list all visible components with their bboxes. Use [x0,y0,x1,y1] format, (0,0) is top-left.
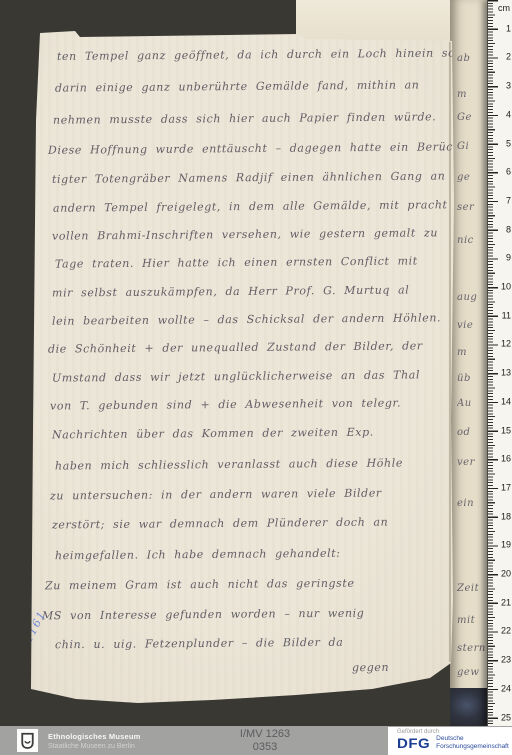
cutoff-text-fragment: Gi [457,141,487,152]
cutoff-text-fragment: mit [457,615,487,626]
cutoff-text-fragment: ge [457,172,487,183]
ruler-number: 9 [496,253,511,263]
ruler-number: 17 [496,483,511,493]
handwritten-line: Tage traten. Hier hatte ich einen ernste… [55,254,418,270]
ruler-unit-label: cm [498,3,510,13]
handwritten-line: zu untersuchen: in der andern waren viel… [50,487,382,503]
ruler-number: 10 [496,282,511,292]
handwritten-line: tigter Totengräber Namens Radjif einen ä… [52,169,491,186]
handwritten-line: andern Tempel freigelegt, in dem alle Ge… [53,198,448,214]
manuscript-page: ten Tempel ganz geöffnet, da ich durch e… [0,0,512,755]
museum-brand: Ethnologisches Museum Staatliche Museen … [17,729,141,752]
ruler-number: 11 [496,311,511,321]
ruler-number: 14 [496,397,511,407]
dfg-org-line1: Deutsche [436,735,509,743]
document-identifiers: I/MV 1263 0353 [200,726,330,755]
ruler-number: 15 [496,426,511,436]
cutoff-text-fragment: Ge [457,112,487,123]
museum-name: Ethnologisches Museum [48,732,141,741]
footer-bar: Ethnologisches Museum Staatliche Museen … [0,726,512,755]
scanned-manuscript-viewer: abmGeGigesernicaugviemübAuodvereinZeitmi… [0,0,512,755]
archival-pencil-note: TA 1161 [3,593,56,681]
dark-cover-corner [450,688,492,726]
handwritten-line: Zu meinem Gram ist auch nicht das gering… [45,577,355,593]
museum-org: Staatliche Museen zu Berlin [48,743,141,750]
cutoff-text-fragment: üb [457,373,487,384]
ruler-number: 24 [496,684,511,694]
cutoff-text-fragment: nic [457,235,487,246]
ruler-number: 21 [496,598,511,608]
ruler-number: 2 [496,52,511,62]
cutoff-text-fragment: Au [457,398,487,409]
museum-brand-text: Ethnologisches Museum Staatliche Museen … [48,732,141,750]
ruler-number: 22 [496,626,511,636]
cutoff-text-fragment: aug [457,292,487,303]
cm-ruler: cm 1234567891011121314151617181920212223… [487,0,512,726]
handwritten-line: chin. u. uig. Fetzenplunder – die Bilder… [55,636,343,652]
ruler-number: 12 [496,339,511,349]
handwritten-line: gegen [352,661,389,674]
handwritten-line: die Schönheit + der unequalled Zustand d… [48,339,423,355]
cutoff-text-fragment: ver [457,457,487,468]
handwritten-line: ten Tempel ganz geöffnet, da ich durch e… [57,46,509,63]
ruler-number: 19 [496,540,511,550]
cutoff-text-fragment: stern [457,643,487,654]
cutoff-text-fragment: m [457,89,487,100]
cutoff-text-fragment: ein [457,498,487,509]
ruler-number: 1 [496,24,511,34]
page-edge-shadow [449,42,451,662]
scan-page-number: 0353 [200,741,330,753]
handwritten-line: haben mich schliesslich veranlasst auch … [55,456,403,472]
handwritten-line: heimgefallen. Ich habe demnach gehandelt… [55,547,341,562]
ruler-number: 5 [496,139,511,149]
dfg-logo: DFG [397,736,430,750]
handwritten-line: mir selbst auszukämpfen, da Herr Prof. G… [52,283,409,299]
ruler-number: 13 [496,368,511,378]
cutoff-text-fragment: vie [457,320,487,331]
handwritten-line: Nachrichten über das Kommen der zweiten … [52,426,374,442]
handwritten-line: MS von Interesse gefunden worden – nur w… [42,607,364,623]
handwritten-line: vollen Brahmi-Inschriften versehen, wie … [52,226,438,242]
handwritten-line: Umstand dass wir jetzt unglücklicherweis… [52,368,420,384]
ruler-number: 4 [496,110,511,120]
cutoff-text-fragment: ser [457,202,487,213]
ruler-number: 6 [496,167,511,177]
cutoff-text-fragment: od [457,427,487,438]
ruler-number: 20 [496,569,511,579]
ruler-number: 16 [496,454,511,464]
cutoff-text-fragment: m [457,347,487,358]
ruler-number: 23 [496,655,511,665]
handwritten-line: darin einige ganz unberührte Gemälde fan… [55,78,420,94]
cutoff-text-fragment: Zeit [457,583,487,594]
handwritten-line: zerstört; sie war demnach dem Plünderer … [52,516,388,532]
ruler-number: 18 [496,512,511,522]
ruler-number: 7 [496,196,511,206]
cutoff-text-fragment: ab [457,53,487,64]
cutoff-text-fragment: gew [457,667,487,678]
ruler-number: 3 [496,81,511,91]
dfg-funding-card: Gefördert durch DFG Deutsche Forschungsg… [388,727,512,755]
dfg-org-line2: Forschungsgemeinschaft [436,743,509,751]
ruler-number: 8 [496,225,511,235]
handwritten-line: lein bearbeiten wollte – das Schicksal d… [52,311,441,327]
smb-logo-icon [17,729,38,752]
dfg-org-name: Deutsche Forschungsgemeinschaft [436,735,509,751]
underlying-page-right-sliver: abmGeGigesernicaugviemübAuodvereinZeitmi… [450,0,492,700]
handwritten-line: Diese Hoffnung wurde enttäuscht – dagege… [48,140,461,157]
handwritten-line: nehmen musste dass sich hier auch Papier… [53,110,436,126]
ruler-number: 25 [496,713,511,723]
handwritten-line: von T. gebunden sind + die Abwesenheit v… [50,396,401,412]
shelfmark: I/MV 1263 [200,728,330,740]
